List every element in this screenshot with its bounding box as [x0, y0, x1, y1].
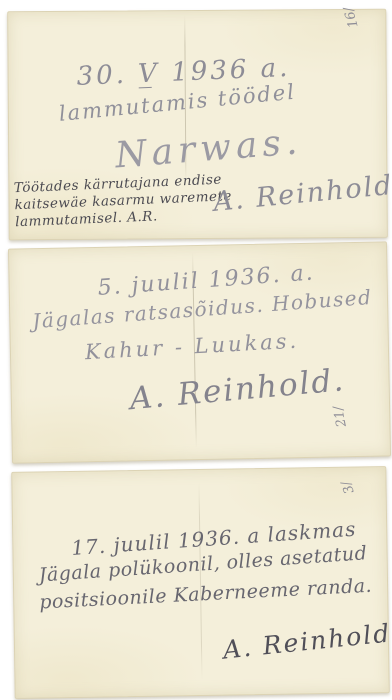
caption-line-3: Kahur - Luukas.: [84, 329, 299, 365]
corner-number-mark: 3/: [339, 479, 358, 496]
signature: A. Reinhold.: [222, 617, 392, 664]
postcard-divider-line: [198, 482, 202, 680]
signature: A. Reinhold.: [212, 169, 392, 218]
postcard-1-back: 16/ 30. V̲ 1936 a. lammutamis töödel Nar…: [7, 9, 388, 241]
signature: A. Reinhold.: [128, 362, 346, 417]
place-name-line: Narwas.: [114, 121, 304, 176]
corner-number-mark: 21/: [331, 405, 350, 428]
scanned-postcards-canvas: 16/ 30. V̲ 1936 a. lammutamis töödel Nar…: [0, 0, 392, 700]
corner-number-mark: 16/: [342, 5, 362, 29]
postcard-2-back: 5. juulil 1936. a. Jägalas ratsasõidus. …: [8, 241, 391, 463]
postcard-3-back: 3/ 17. juulil 1936. a laskmas Jägala pol…: [11, 466, 390, 699]
ink-caption: Töötades kärrutajana endise kaitsewäe ka…: [13, 171, 232, 231]
